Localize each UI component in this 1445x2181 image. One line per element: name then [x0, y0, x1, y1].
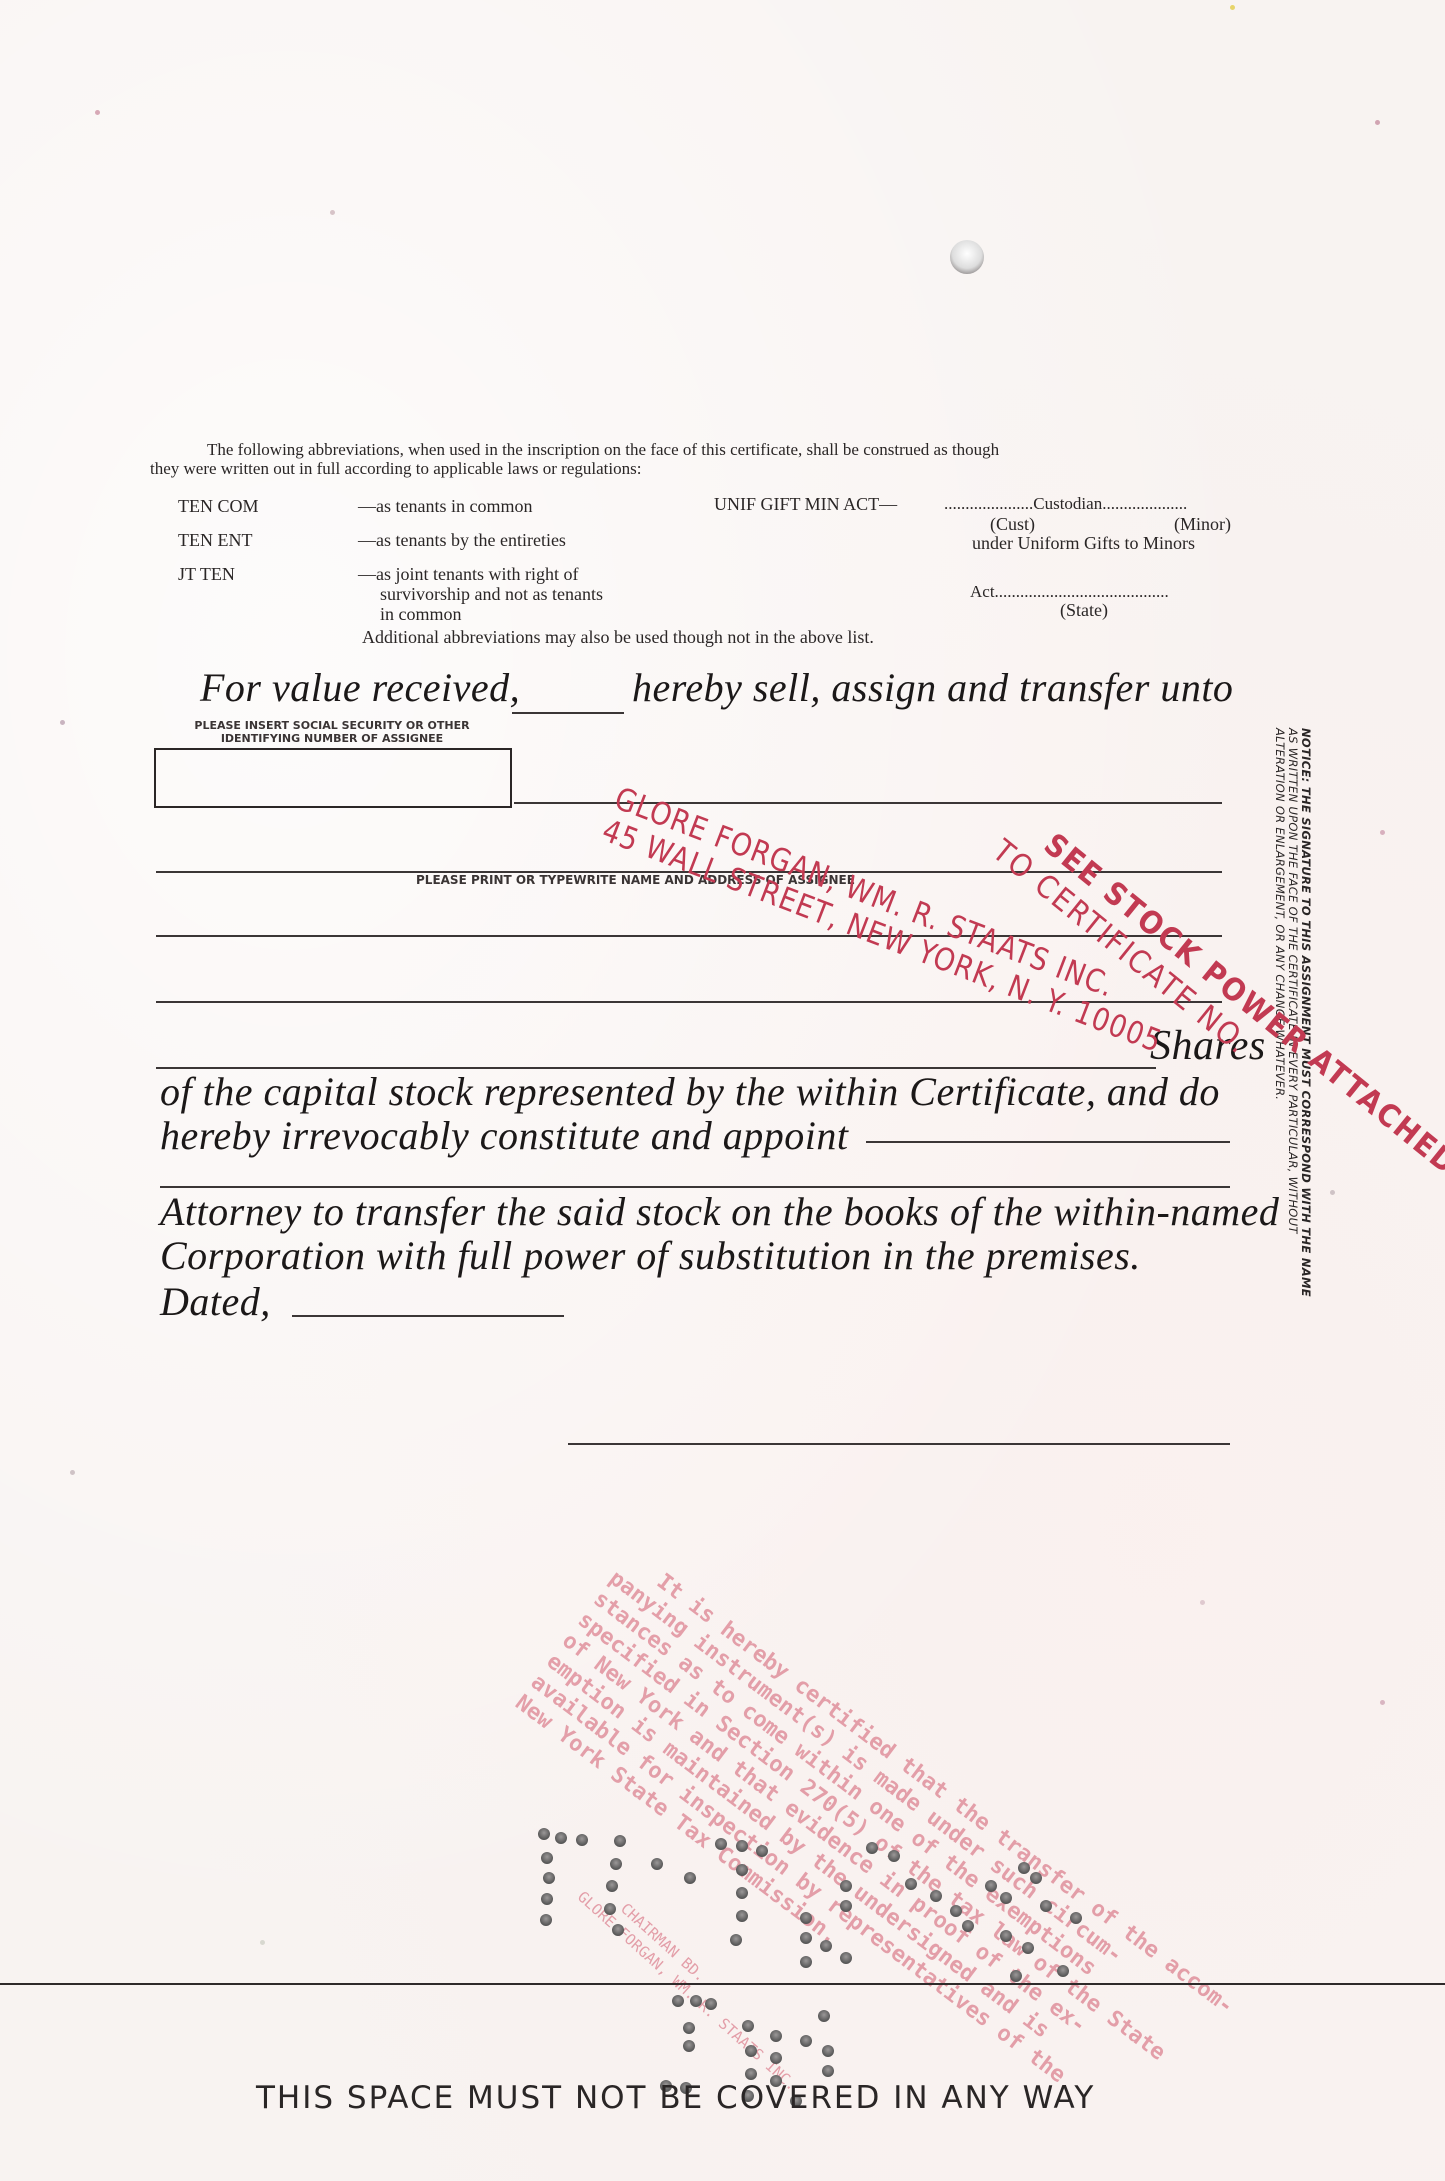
- intro-line-1: The following abbreviations, when used i…: [150, 440, 1300, 459]
- footer-warning: THIS SPACE MUST NOT BE COVERED IN ANY WA…: [256, 2080, 1095, 2116]
- date-line[interactable]: [292, 1315, 564, 1317]
- abbr-code: TEN COM: [178, 496, 259, 516]
- punch-hole: [950, 240, 984, 274]
- paper-speck: [260, 1940, 265, 1945]
- meaning-line: in common: [358, 604, 603, 624]
- meaning-line: —as joint tenants with right of: [358, 564, 603, 584]
- assignee-address-line-1[interactable]: [156, 935, 1222, 937]
- abbr-ten-ent: TEN ENT: [178, 530, 252, 550]
- paper-speck: [1380, 1700, 1385, 1705]
- stock-power-line: TO CERTIFICATE NO.: [985, 832, 1441, 1212]
- paper-speck: [1380, 830, 1385, 835]
- abbr-ten-com: TEN COM: [178, 496, 259, 516]
- corporation-text: Corporation with full power of substitut…: [160, 1232, 1141, 1279]
- unif-gift-label: UNIF GIFT MIN ACT—: [714, 494, 897, 514]
- abbr-ten-com-meaning: —as tenants in common: [358, 496, 532, 516]
- intro-line-2: they were written out in full according …: [150, 459, 1300, 478]
- ssn-input-box[interactable]: [154, 748, 512, 808]
- abbr-ten-ent-meaning: —as tenants by the entireties: [358, 530, 566, 550]
- capital-stock-text: of the capital stock represented by the …: [160, 1068, 1220, 1115]
- signature-line[interactable]: [568, 1443, 1230, 1445]
- ssn-label-line: IDENTIFYING NUMBER OF ASSIGNEE: [152, 732, 512, 745]
- unif-gift-cust: (Cust): [990, 514, 1035, 534]
- additional-abbr-note: Additional abbreviations may also be use…: [362, 627, 874, 647]
- for-value-received: For value received,: [200, 664, 520, 711]
- paper-speck: [70, 1470, 75, 1475]
- paper-speck: [95, 110, 100, 115]
- tax-certification-stamp: It is hereby certified that the transfer…: [510, 1545, 1238, 2166]
- paper-speck: [1200, 1600, 1205, 1605]
- tax-sign-line: GLORE FORGAN, WM. R. STAATS INC.: [573, 1887, 801, 2095]
- unif-gift-minor: (Minor): [1174, 514, 1231, 534]
- paper-speck: [1230, 5, 1235, 10]
- unif-gift-custodian-line: .....................Custodian..........…: [944, 494, 1187, 514]
- paper-speck: [330, 210, 335, 215]
- paper-speck: [60, 720, 65, 725]
- tax-cert-line: of New York and that evidence in proof o…: [557, 1628, 1176, 2103]
- tax-cert-line: specified in Section 270(5) of the tax l…: [572, 1607, 1191, 2082]
- attorney-text: Attorney to transfer the said stock on t…: [160, 1188, 1279, 1235]
- abbr-code: TEN ENT: [178, 530, 252, 550]
- attorney-name-line[interactable]: [866, 1141, 1230, 1143]
- abbr-jt-ten: JT TEN: [178, 564, 235, 584]
- abbr-jt-ten-meaning: —as joint tenants with right of survivor…: [358, 564, 603, 624]
- paper-speck: [1330, 1190, 1335, 1195]
- dated-label: Dated,: [160, 1278, 271, 1325]
- meaning-line: survivorship and not as tenants: [358, 584, 603, 604]
- ssn-label: PLEASE INSERT SOCIAL SECURITY OR OTHER I…: [152, 719, 512, 745]
- assignor-blank-line[interactable]: [512, 712, 624, 714]
- notice-line: NOTICE: THE SIGNATURE TO THIS ASSIGNMENT…: [1299, 728, 1312, 1297]
- unif-gift-state: (State): [1060, 600, 1108, 620]
- abbr-code: JT TEN: [178, 564, 235, 584]
- paper-speck: [1375, 120, 1380, 125]
- unif-gift-under: under Uniform Gifts to Minors: [972, 533, 1195, 553]
- footer-divider: [0, 1983, 1445, 1985]
- hereby-sell-text: hereby sell, assign and transfer unto: [632, 664, 1233, 711]
- irrevocably-text: hereby irrevocably constitute and appoin…: [160, 1112, 849, 1159]
- abbreviations-intro: The following abbreviations, when used i…: [150, 440, 1300, 478]
- unif-gift-act-line: Act.....................................…: [970, 582, 1169, 602]
- ssn-label-line: PLEASE INSERT SOCIAL SECURITY OR OTHER: [152, 719, 512, 732]
